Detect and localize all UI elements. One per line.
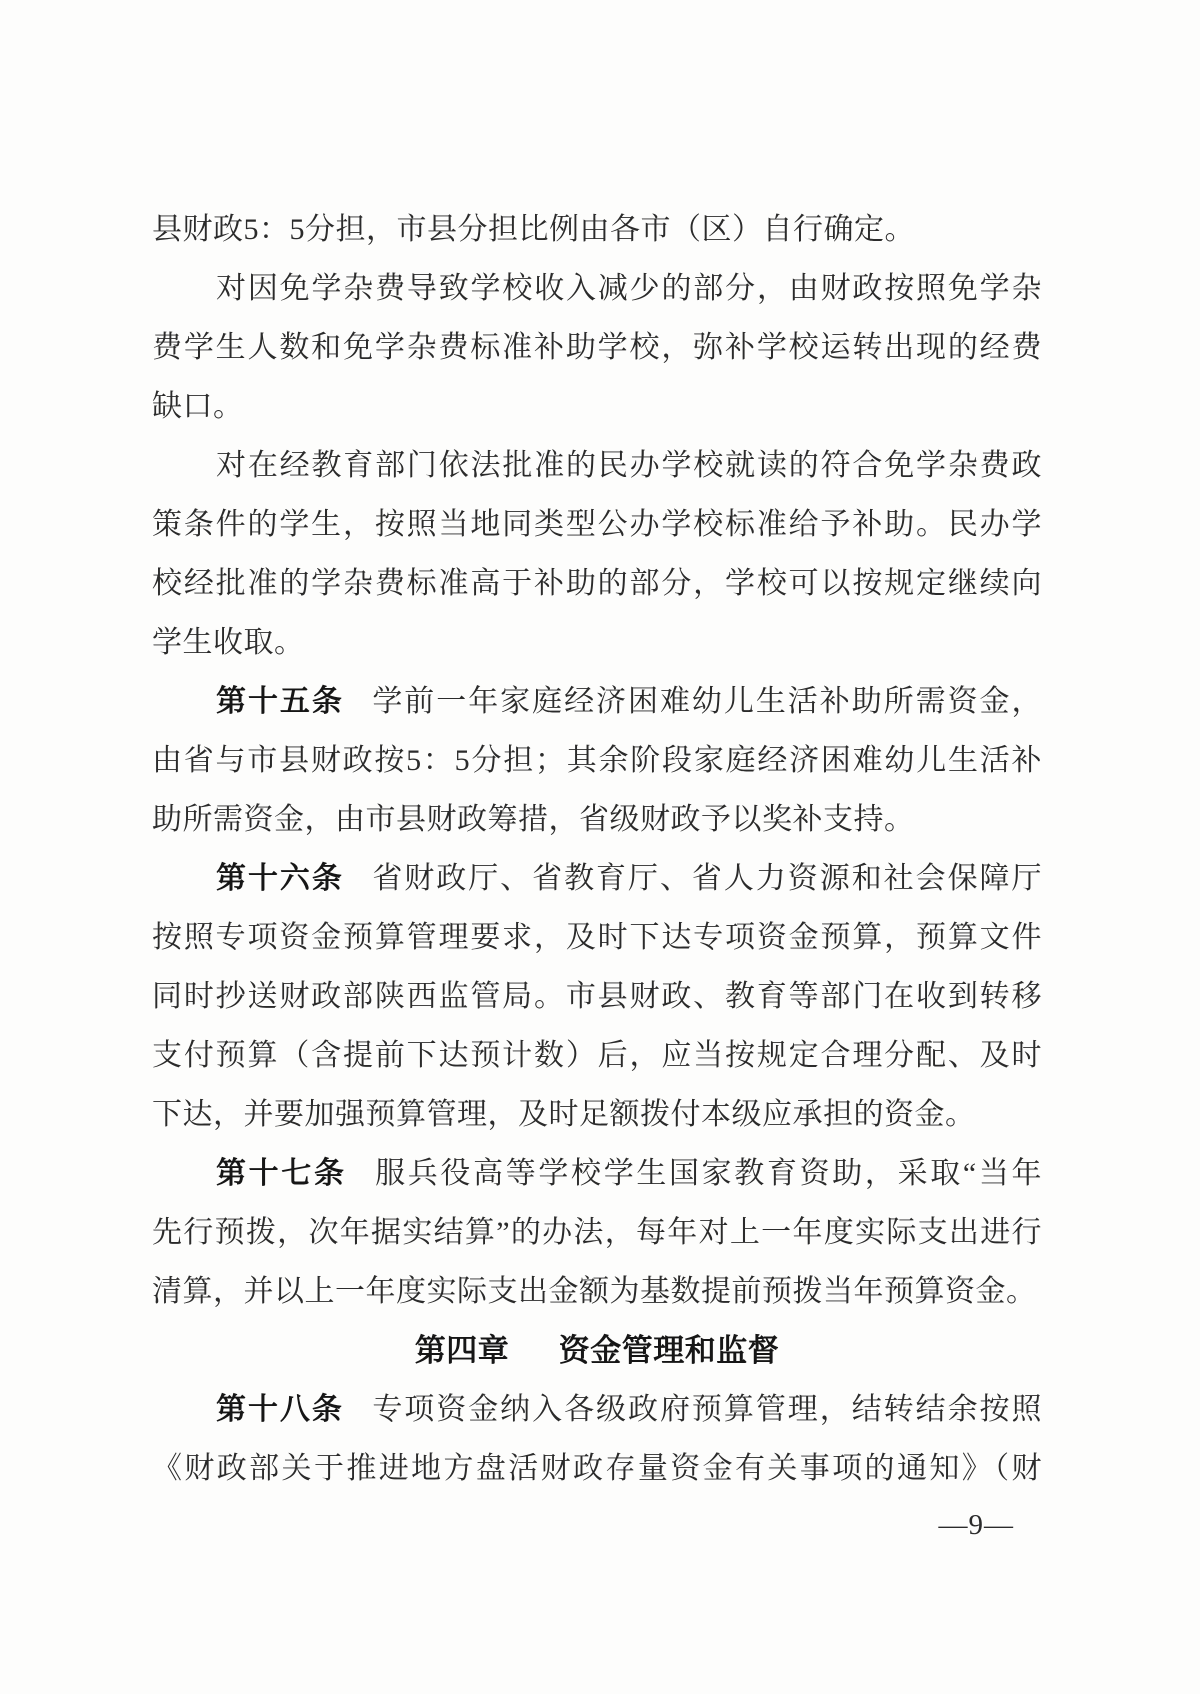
line-text: 专项资金纳入各级政府预算管理，结转结余按照 xyxy=(372,1393,1042,1426)
doc-line: 缺口。 xyxy=(152,377,1042,436)
doc-line: 策条件的学生，按照当地同类型公办学校标准给予补助。民办学 xyxy=(152,495,1042,554)
line-text: 对在经教育部门依法批准的民办学校就读的符合免学杂费政 xyxy=(216,449,1042,482)
doc-line: 第十七条服兵役高等学校学生国家教育资助，采取“当年 xyxy=(152,1144,1042,1203)
line-text: 对因免学杂费导致学校收入减少的部分，由财政按照免学杂 xyxy=(216,272,1042,305)
doc-line: 学生收取。 xyxy=(152,613,1042,672)
document-body: 县财政5：5分担，市县分担比例由各市（区）自行确定。对因免学杂费导致学校收入减少… xyxy=(152,200,1042,1498)
line-text: 资金管理和监督 xyxy=(559,1333,780,1368)
line-text: 下达，并要加强预算管理，及时足额拨付本级应承担的资金。 xyxy=(152,1098,976,1131)
line-text: 《财政部关于推进地方盘活财政存量资金有关事项的通知》（财 xyxy=(152,1452,1042,1485)
doc-line: 《财政部关于推进地方盘活财政存量资金有关事项的通知》（财 xyxy=(152,1439,1042,1498)
line-text: 校经批准的学杂费标准高于补助的部分，学校可以按规定继续向 xyxy=(152,567,1042,600)
line-text: 按照专项资金预算管理要求，及时下达专项资金预算，预算文件 xyxy=(152,921,1042,954)
chapter-heading: 第四章资金管理和监督 xyxy=(152,1321,1042,1380)
doc-line: 先行预拨，次年据实结算”的办法，每年对上一年度实际支出进行 xyxy=(152,1203,1042,1262)
line-text: 由省与市县财政按5：5分担；其余阶段家庭经济困难幼儿生活补 xyxy=(152,744,1042,777)
line-text: 费学生人数和免学杂费标准补助学校，弥补学校运转出现的经费 xyxy=(152,331,1042,364)
doc-line: 清算，并以上一年度实际支出金额为基数提前预拨当年预算资金。 xyxy=(152,1262,1042,1321)
doc-line: 对在经教育部门依法批准的民办学校就读的符合免学杂费政 xyxy=(152,436,1042,495)
doc-line: 对因免学杂费导致学校收入减少的部分，由财政按照免学杂 xyxy=(152,259,1042,318)
line-text: 学前一年家庭经济困难幼儿生活补助所需资金， xyxy=(372,685,1042,718)
doc-line: 第十八条专项资金纳入各级政府预算管理，结转结余按照 xyxy=(152,1380,1042,1439)
doc-line: 县财政5：5分担，市县分担比例由各市（区）自行确定。 xyxy=(152,200,1042,259)
chapter-number: 第四章 xyxy=(415,1333,510,1368)
line-text: 清算，并以上一年度实际支出金额为基数提前预拨当年预算资金。 xyxy=(152,1275,1037,1308)
article-number: 第十六条 xyxy=(216,862,344,895)
article-number: 第十七条 xyxy=(216,1157,347,1190)
line-text: 缺口。 xyxy=(152,390,244,423)
line-text: 支付预算（含提前下达预计数）后，应当按规定合理分配、及时 xyxy=(152,1039,1042,1072)
line-text: 省财政厅、省教育厅、省人力资源和社会保障厅 xyxy=(372,862,1042,895)
doc-line: 校经批准的学杂费标准高于补助的部分，学校可以按规定继续向 xyxy=(152,554,1042,613)
document-page: 县财政5：5分担，市县分担比例由各市（区）自行确定。对因免学杂费导致学校收入减少… xyxy=(0,0,1200,1694)
doc-line: 助所需资金，由市县财政筹措，省级财政予以奖补支持。 xyxy=(152,790,1042,849)
doc-line: 第十五条学前一年家庭经济困难幼儿生活补助所需资金， xyxy=(152,672,1042,731)
doc-line: 第十六条省财政厅、省教育厅、省人力资源和社会保障厅 xyxy=(152,849,1042,908)
line-text: 策条件的学生，按照当地同类型公办学校标准给予补助。民办学 xyxy=(152,508,1042,541)
line-text: 县财政5：5分担，市县分担比例由各市（区）自行确定。 xyxy=(152,213,915,246)
line-text: 服兵役高等学校学生国家教育资助，采取“当年 xyxy=(375,1157,1042,1190)
line-text: 先行预拨，次年据实结算”的办法，每年对上一年度实际支出进行 xyxy=(152,1216,1042,1249)
doc-line: 费学生人数和免学杂费标准补助学校，弥补学校运转出现的经费 xyxy=(152,318,1042,377)
doc-line: 下达，并要加强预算管理，及时足额拨付本级应承担的资金。 xyxy=(152,1085,1042,1144)
line-text: 学生收取。 xyxy=(152,626,305,659)
doc-line: 按照专项资金预算管理要求，及时下达专项资金预算，预算文件 xyxy=(152,908,1042,967)
doc-line: 支付预算（含提前下达预计数）后，应当按规定合理分配、及时 xyxy=(152,1026,1042,1085)
doc-line: 同时抄送财政部陕西监管局。市县财政、教育等部门在收到转移 xyxy=(152,967,1042,1026)
line-text: 助所需资金，由市县财政筹措，省级财政予以奖补支持。 xyxy=(152,803,915,836)
article-number: 第十五条 xyxy=(216,685,344,718)
doc-line: 由省与市县财政按5：5分担；其余阶段家庭经济困难幼儿生活补 xyxy=(152,731,1042,790)
article-number: 第十八条 xyxy=(216,1393,344,1426)
line-text: 同时抄送财政部陕西监管局。市县财政、教育等部门在收到转移 xyxy=(152,980,1042,1013)
page-number: —9— xyxy=(939,1507,1015,1543)
